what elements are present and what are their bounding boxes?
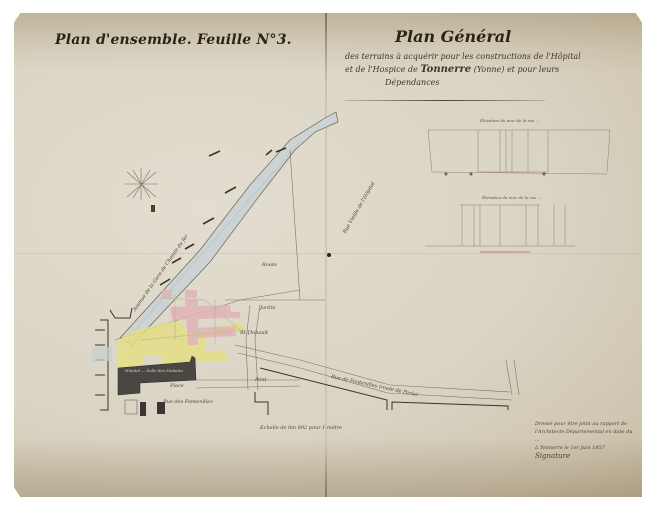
marker-icon — [151, 205, 155, 212]
map-title: Plan Général — [395, 27, 511, 46]
subtitle-line-2-suffix: (Yonne) et pour leurs — [474, 65, 560, 74]
label-rue-bottom: Rue des Fontenilles — [163, 399, 213, 405]
elevation-drawing-lower — [425, 205, 575, 246]
scale-caption: Echelle de 0m 002 pour 1 mètre — [260, 425, 342, 431]
sheet-label: Plan d'ensemble. Feuille N°3. — [55, 32, 292, 48]
water-basin — [92, 347, 112, 361]
signature-place-date: à Tonnerre le 1er Juin 1857 — [535, 444, 640, 452]
signature-line-2: l'Architecte Départemental en date du — [535, 428, 640, 436]
elevation-drawing-upper — [428, 130, 610, 174]
title-underline — [345, 100, 545, 101]
label-hospital-building: Hôpital — Salle des Malades — [125, 368, 183, 373]
map-subtitle: des terrains à acquérir pour les constru… — [345, 50, 585, 89]
subtitle-line-1: des terrains à acquérir pour les constru… — [345, 52, 581, 61]
signature-line-1: Dressé pour être joint au rapport de — [535, 420, 640, 428]
walls — [95, 308, 508, 415]
signature: Signature — [535, 452, 640, 460]
ink-spot — [327, 253, 331, 257]
town-name: Tonnerre — [420, 64, 471, 75]
subtitle-line-3: Dépendances — [385, 78, 440, 87]
label-st-thibault: St Thibault — [240, 330, 268, 336]
signature-block: Dressé pour être joint au rapport de l'A… — [535, 420, 640, 460]
subtitle-line-2-prefix: et de l'Hospice de — [345, 65, 418, 74]
signature-line-3: ... — [535, 436, 640, 444]
elevation-lower-caption: Élévation du mur de la rue ... — [482, 195, 541, 200]
label-pont: Pont — [255, 377, 266, 383]
compass-rose-icon — [124, 168, 158, 200]
label-place: Place — [170, 383, 184, 389]
label-route: Route — [262, 262, 277, 268]
label-jardin: Jardin — [260, 305, 275, 311]
elevation-upper-caption: Élévation du mur de la rue ... — [480, 118, 539, 123]
